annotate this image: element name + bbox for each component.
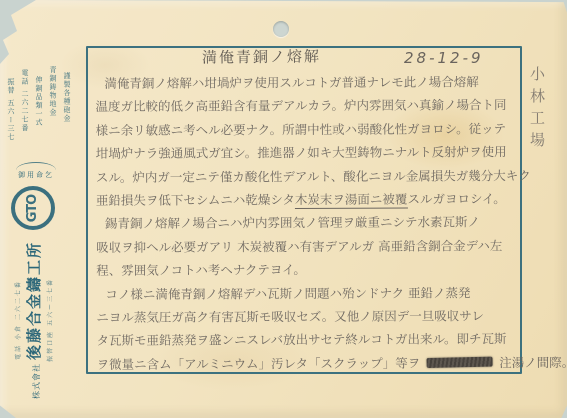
underlined-phrase: 木炭末ヲ湯面ニ被覆 — [295, 192, 408, 209]
line-segment: 亜鉛損失ヲ低下セシムニハ乾燥シタ — [96, 192, 295, 208]
handwritten-line: ヲ微量ニ含ム「アルミニウム」汚レタ「スクラップ」等ヲ注湯ノ間際。 — [97, 351, 519, 376]
letterhead-info-columns: 謹製各種砲金青銅鋳物地金伸銅品類一式電話 二六二七番振替 五六ー三七 — [6, 66, 72, 170]
handwritten-line: 吸収ヲ抑ヘル必要ガアリ 木炭被覆ハ有害デアルガ 高亜鉛含銅合金デハ左 — [96, 234, 518, 259]
document-date: 28-12-9 — [404, 49, 484, 67]
handwritten-line: 満俺青銅ノ熔解ハ坩堝炉ヲ使用スルコトガ普通ナレモ此ノ場合熔解 — [95, 70, 517, 95]
handwritten-line: 様ニ余リ敏感ニ考ヘル必要ナク。所謂中性或ハ弱酸化性ガヨロシ。従ッテ — [96, 117, 518, 142]
handwritten-line: 温度ガ比較的低ク高亜鉛含有量デアルカラ。炉内雰囲気ハ真鍮ノ場合ト同 — [95, 93, 517, 118]
company-account-line: 振替口座 五六ー三七番 — [45, 278, 54, 362]
company-name: 株式會社後藤合金鑄工所 — [23, 241, 44, 399]
company-prefix: 株式會社 — [32, 363, 41, 399]
scanned-document-page: { "document": { "title": "満俺青銅ノ熔解", "dat… — [0, 0, 567, 418]
letterhead-column: 振替 五六ー三七 — [6, 78, 16, 141]
handwritten-body: 満俺青銅ノ熔解ハ坩堝炉ヲ使用スルコトガ普通ナレモ此ノ場合熔解温度ガ比較的低ク高亜… — [95, 70, 518, 376]
company-name-text: 後藤合金鑄工所 — [25, 241, 43, 360]
document-title: 満俺青銅ノ熔解 — [202, 45, 321, 67]
scribbled-out-text — [426, 357, 492, 368]
handwritten-line: コノ様ニ満俺青銅ノ熔解デハ瓦斯ノ問題ハ殆ンドナク 亜鉛ノ蒸発 — [96, 281, 518, 306]
handwritten-line: 坩堝炉ナラ強通風式ガ宜シ。推進器ノ如キ大型鋳物ニナルト反射炉ヲ使用 — [96, 140, 518, 165]
line-segment: ヲ微量ニ含ム「アルミニウム」汚レタ「スクラップ」等ヲ — [97, 355, 421, 371]
company-phone-line: 電話 小倉 二六二七番 — [13, 280, 22, 360]
letterhead-column: 謹製各種砲金 — [62, 72, 72, 123]
closing-note: 注湯ノ間際。 — [499, 355, 567, 370]
handwritten-line: タ瓦斯モ亜鉛蒸発ヲ盛ンニスレバ放出サセテ終ルコトガ出来ル。即チ瓦斯 — [96, 327, 518, 352]
letterhead-column: 電話 二六二七番 — [20, 69, 30, 132]
handwritten-line: 程、雰囲気ノコトハ考ヘナクテヨイ。 — [96, 257, 518, 282]
handwritten-line: ニヨル蒸気圧ガ高ク有害瓦斯モ吸収セズ。又他ノ原因デ一旦吸収サレ — [96, 304, 518, 329]
line-segment: スルガヨロシイ。 — [407, 191, 505, 206]
company-logo: GTO — [11, 186, 55, 230]
letterhead-column: 青銅鋳物地金 — [48, 66, 58, 117]
company-name-block: 電話 小倉 二六二七番 株式會社後藤合金鑄工所 振替口座 五六ー三七番 — [9, 240, 57, 400]
logo-monogram: GTO — [26, 194, 41, 221]
handwritten-line: 亜鉛損失ヲ低下セシムニハ乾燥シタ木炭末ヲ湯面ニ被覆スルガヨロシイ。 — [96, 187, 518, 212]
handwritten-line: スル。炉内ガ一定ニテ僅カ酸化性デアルト、酸化ニヨル金属損失ガ幾分大キク — [96, 164, 518, 189]
handwritten-line: 錫青銅ノ熔解ノ場合ニハ炉内雰囲気ノ管理ヲ厳重ニシテ水素瓦斯ノ — [96, 210, 518, 235]
letterhead-motto: 御用命乞 — [18, 170, 54, 180]
letterhead-column: 伸銅品類一式 — [34, 76, 44, 127]
punch-hole — [273, 21, 289, 37]
